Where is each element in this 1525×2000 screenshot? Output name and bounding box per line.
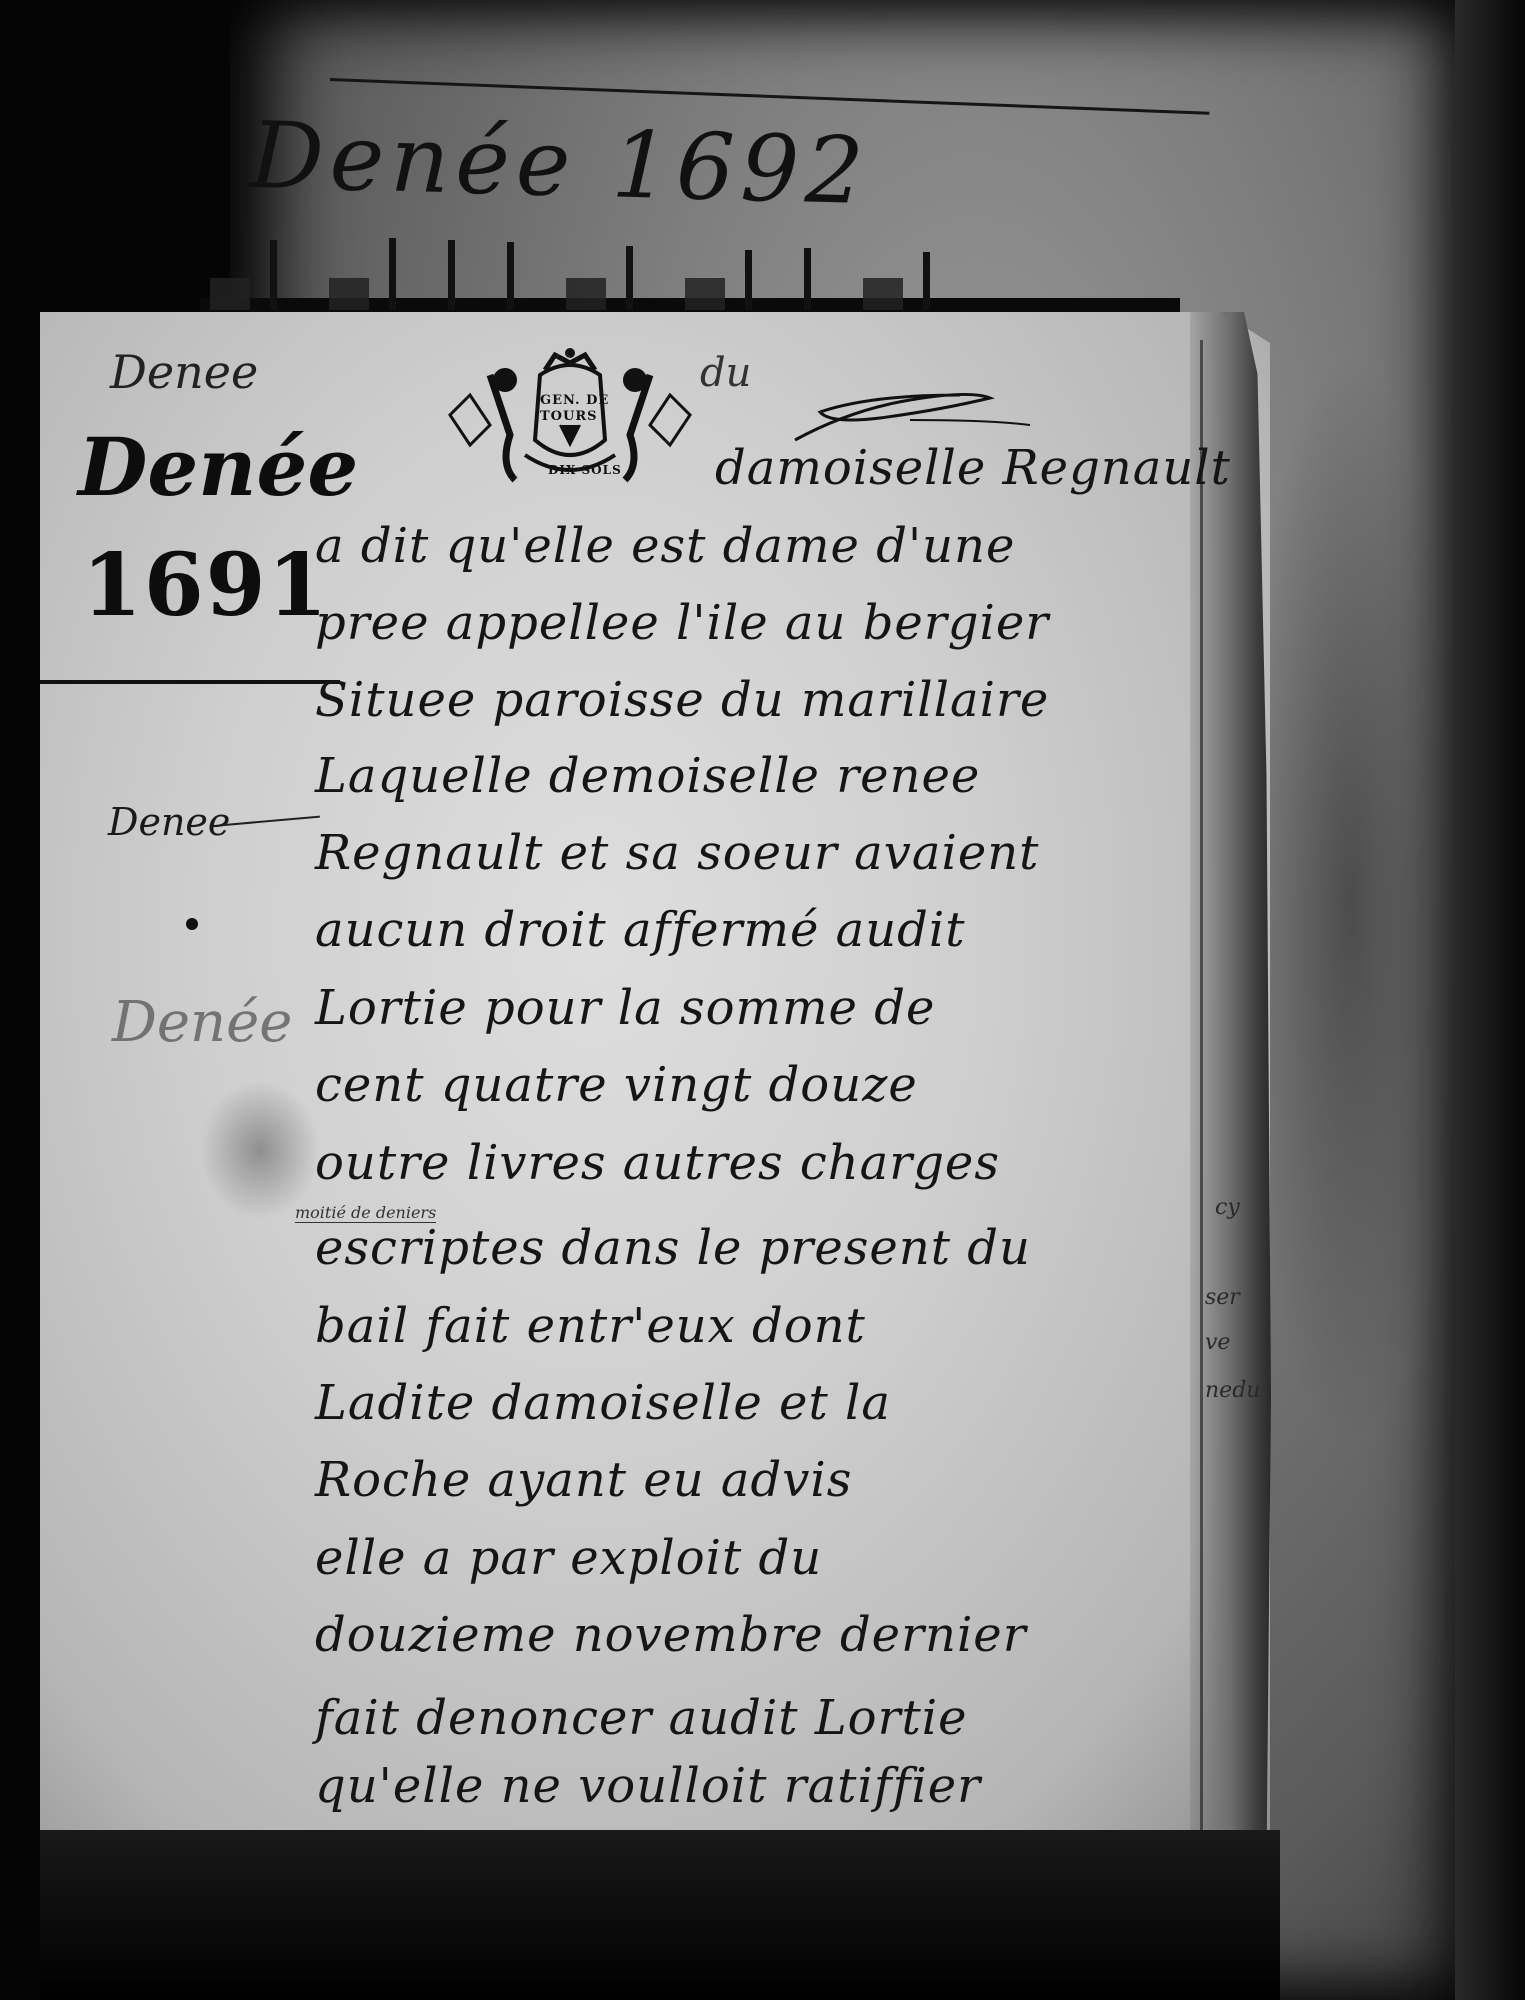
text-line: outre livres autres charges (315, 1135, 1000, 1191)
manuscript-scan: Denée 1692 Denee du (0, 0, 1525, 2000)
index-tab (804, 248, 811, 310)
heading-year: 1691 (82, 535, 329, 636)
text-line: Ladite damoiselle et la (315, 1375, 891, 1431)
stamp-text-generality: GEN. DE (540, 393, 609, 408)
water-stain (200, 1080, 320, 1220)
text-line: Situee paroisse du marillaire (315, 672, 1049, 728)
text-line: cent quatre vingt douze (315, 1057, 918, 1113)
text-line: pree appellee l'ile au bergier (315, 595, 1049, 651)
margin-ink-dot (186, 918, 198, 930)
text-line: fait denoncer audit Lortie (315, 1690, 968, 1746)
index-tabs (210, 230, 1140, 310)
flap-marginalia: cy (1215, 1195, 1240, 1220)
text-line: qu'elle ne voulloit ratiffier (315, 1758, 981, 1814)
text-line: Roche ayant eu advis (315, 1452, 852, 1508)
index-tab (626, 246, 633, 310)
index-tab (270, 240, 277, 310)
index-tab-block (329, 278, 369, 310)
cover-stain (1240, 350, 1460, 1450)
text-line: aucun droit affermé audit (315, 902, 966, 958)
text-line: bail fait entr'eux dont (315, 1298, 866, 1354)
heading-underline (40, 680, 340, 684)
index-tab-block (566, 278, 606, 310)
text-line: Lortie pour la somme de (315, 980, 935, 1036)
text-line: Laquelle demoiselle renee (315, 748, 980, 804)
heading-place-name: Denée (78, 420, 358, 514)
index-tab (923, 252, 930, 310)
index-tab-block (210, 278, 250, 310)
stamp-text-city: TOURS (540, 409, 598, 424)
top-margin-note: Denee (110, 345, 258, 399)
flap-marginalia: ser (1205, 1285, 1240, 1310)
text-line: elle a par exploit du (315, 1530, 822, 1586)
margin-note-denee-faded: Denée (112, 990, 292, 1055)
index-tab (448, 240, 455, 310)
index-tab (507, 242, 514, 310)
text-line: douzieme novembre dernier (315, 1607, 1027, 1663)
stamp-text-value: DIX SOLS (548, 463, 622, 477)
dark-right-border (1455, 0, 1525, 2000)
page-fold-line (1200, 340, 1203, 1840)
bottom-shadow (40, 1830, 1280, 2000)
text-line: a dit qu'elle est dame d'une (315, 518, 1015, 574)
margin-note-denee: Denee (108, 800, 230, 844)
text-line: Regnault et sa soeur avaient (315, 825, 1039, 881)
tax-stamp: GEN. DE TOURS DIX SOLS (430, 345, 710, 490)
flap-marginalia: ve (1205, 1330, 1230, 1355)
index-tab (389, 238, 396, 310)
text-line: damoiselle Regnault (715, 440, 1231, 496)
cover-label: Denée 1692 (249, 102, 871, 225)
index-tab (745, 250, 752, 310)
flap-marginalia: nedu (1205, 1378, 1260, 1403)
index-tab-block (685, 278, 725, 310)
index-tab-block (863, 278, 903, 310)
text-line: escriptes dans le present du (315, 1220, 1031, 1276)
